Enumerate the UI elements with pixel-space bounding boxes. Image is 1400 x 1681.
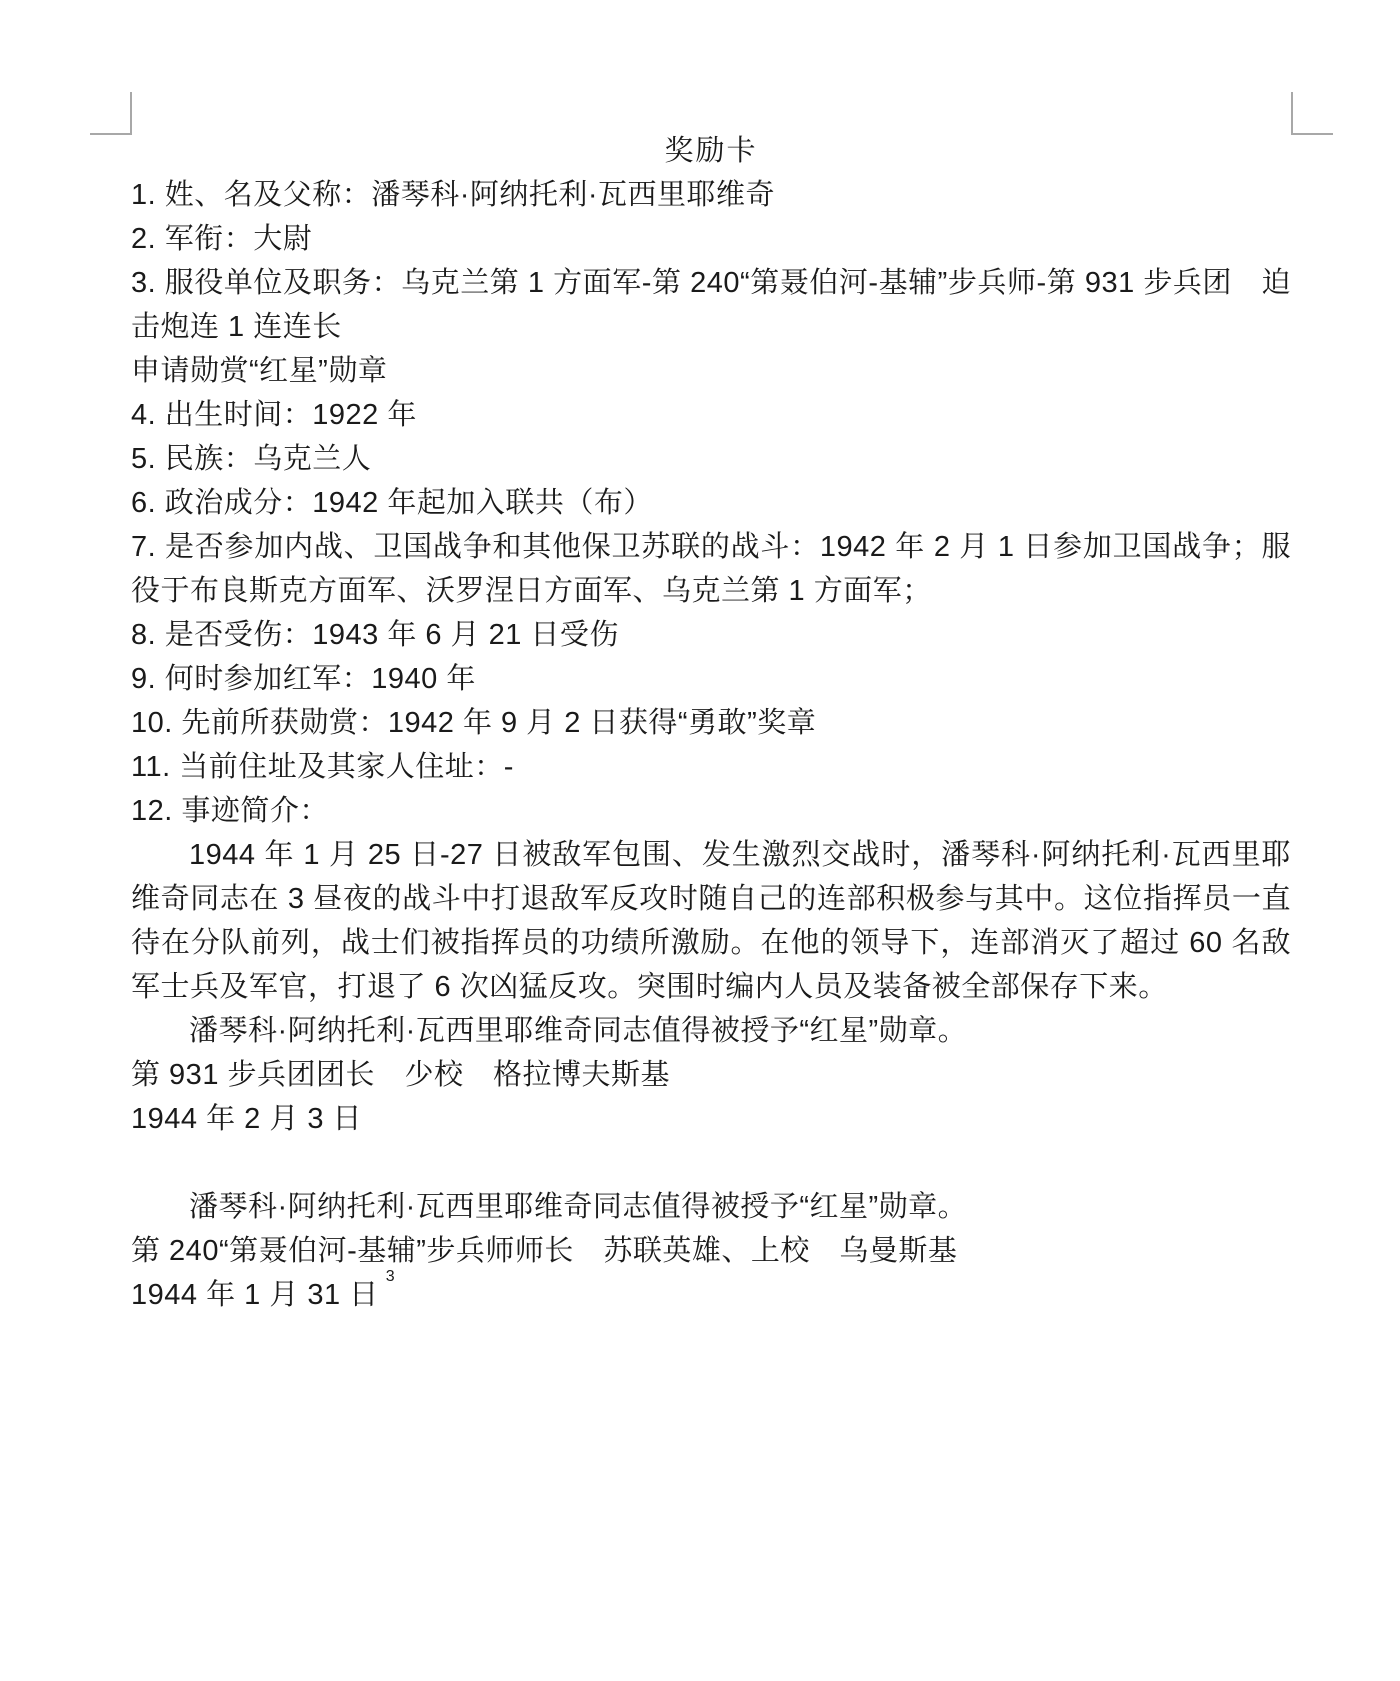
field-wounds: 8. 是否受伤：1943 年 6 月 21 日受伤 xyxy=(131,613,1291,657)
field-rank: 2. 军衔：大尉 xyxy=(131,217,1291,261)
recommendation-2-date-text: 1944 年 1 月 31 日 xyxy=(131,1279,379,1311)
field-party-affiliation: 6. 政治成分：1942 年起加入联共（布） xyxy=(131,481,1291,525)
recommendation-2-signature: 第 240“第聂伯河-基辅”步兵师师长 苏联英雄、上校 乌曼斯基 xyxy=(131,1229,1291,1273)
footnote-marker: 3 xyxy=(386,1268,395,1285)
field-birth-year: 4. 出生时间：1922 年 xyxy=(131,393,1291,437)
recommendation-1-signature: 第 931 步兵团团长 少校 格拉博夫斯基 xyxy=(131,1053,1291,1097)
document-content: 奖励卡 1. 姓、名及父称：潘琴科·阿纳托利·瓦西里耶维奇 2. 军衔：大尉 3… xyxy=(131,129,1291,1317)
field-name-patronymic: 1. 姓、名及父称：潘琴科·阿纳托利·瓦西里耶维奇 xyxy=(131,173,1291,217)
narrative-paragraph: 1944 年 1 月 25 日-27 日被敌军包围、发生激烈交战时，潘琴科·阿纳… xyxy=(131,833,1291,1009)
field-address: 11. 当前住址及其家人住址：- xyxy=(131,745,1291,789)
document-page: 奖励卡 1. 姓、名及父称：潘琴科·阿纳托利·瓦西里耶维奇 2. 军衔：大尉 3… xyxy=(0,0,1400,1681)
recommendation-2-date: 1944 年 1 月 31 日3 xyxy=(131,1273,1291,1317)
blank-line xyxy=(131,1141,1291,1185)
field-combat-participation: 7. 是否参加内战、卫国战争和其他保卫苏联的战斗：1942 年 2 月 1 日参… xyxy=(131,525,1291,613)
field-red-army-join-year: 9. 何时参加红军：1940 年 xyxy=(131,657,1291,701)
field-award-requested: 申请勋赏“红星”勋章 xyxy=(131,349,1291,393)
document-title: 奖励卡 xyxy=(131,129,1291,173)
crop-mark-top-right xyxy=(1291,92,1333,135)
field-merit-summary-heading: 12. 事迹简介： xyxy=(131,789,1291,833)
recommendation-1-date: 1944 年 2 月 3 日 xyxy=(131,1097,1291,1141)
recommendation-2-statement: 潘琴科·阿纳托利·瓦西里耶维奇同志值得被授予“红星”勋章。 xyxy=(131,1185,1291,1229)
field-prior-awards: 10. 先前所获勋赏：1942 年 9 月 2 日获得“勇敢”奖章 xyxy=(131,701,1291,745)
recommendation-1-statement: 潘琴科·阿纳托利·瓦西里耶维奇同志值得被授予“红星”勋章。 xyxy=(131,1009,1291,1053)
crop-mark-top-left xyxy=(90,92,132,135)
field-ethnicity: 5. 民族：乌克兰人 xyxy=(131,437,1291,481)
field-unit-position: 3. 服役单位及职务：乌克兰第 1 方面军-第 240“第聂伯河-基辅”步兵师-… xyxy=(131,261,1291,349)
